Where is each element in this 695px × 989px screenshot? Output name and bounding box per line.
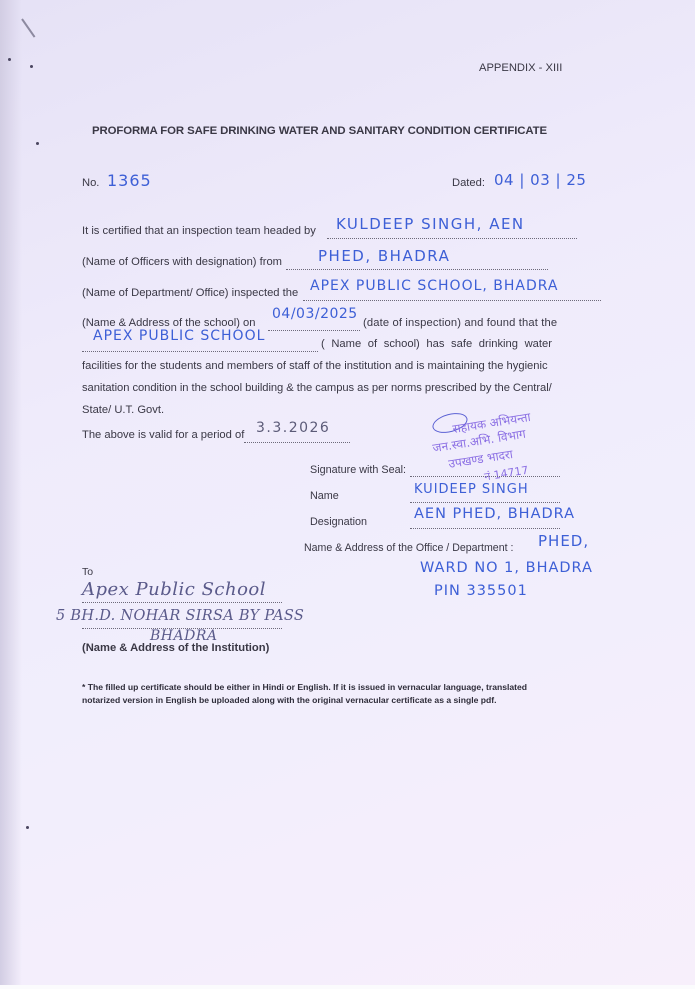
scan-edge-shadow <box>0 0 22 985</box>
certificate-body-line: sanitation condition in the school build… <box>82 382 552 394</box>
inspection-head-value: KULDEEP SINGH, AEN <box>336 215 525 233</box>
number-label: No. <box>82 177 99 189</box>
inspection-date-suffix: (date of inspection) and found that the <box>363 317 557 329</box>
office-address-label: Name & Address of the Office / Departmen… <box>304 542 513 554</box>
certificate-page <box>0 0 695 985</box>
fill-line <box>244 442 350 443</box>
fill-line <box>286 269 548 270</box>
inspection-date-value: 04/03/2025 <box>272 306 358 322</box>
institution-address: 5 BH.D. NOHAR SIRSA BY PASS <box>56 608 304 624</box>
inspection-head-label: It is certified that an inspection team … <box>82 225 316 237</box>
department-label: (Name of Officers with designation) from <box>82 256 282 268</box>
scan-speck <box>30 65 33 68</box>
school-name-label: ( Name of school) has safe drinking wate… <box>321 338 552 350</box>
to-label: To <box>82 566 93 578</box>
school-inspected-label: (Name of Department/ Office) inspected t… <box>82 287 298 299</box>
document-title: PROFORMA FOR SAFE DRINKING WATER AND SAN… <box>92 125 547 137</box>
signature-label: Signature with Seal: <box>310 464 406 476</box>
fill-line <box>82 351 318 352</box>
scan-speck <box>26 826 29 829</box>
school-inspected-value: APEX PUBLIC SCHOOL, BHADRA <box>310 278 559 294</box>
office-address-line-2: WARD NO 1, BHADRA <box>420 560 593 576</box>
number-value: 1365 <box>107 171 152 190</box>
dated-label: Dated: <box>452 177 485 189</box>
fill-line <box>410 476 560 477</box>
fill-line <box>303 300 601 301</box>
designation-value: AEN PHED, BHADRA <box>414 506 575 522</box>
institution-name: Apex Public School <box>82 579 266 600</box>
fill-line <box>410 528 560 529</box>
fill-line <box>268 330 360 331</box>
department-value: PHED, BHADRA <box>318 247 450 265</box>
fill-line <box>327 238 577 239</box>
validity-label: The above is valid for a period of <box>82 429 244 441</box>
scan-bottom-margin <box>0 985 695 989</box>
office-address-line-3: PIN 335501 <box>434 583 528 599</box>
officer-name-value: KUIDEEP SINGH <box>414 482 529 497</box>
fill-line <box>82 602 282 603</box>
officer-name-label: Name <box>310 490 339 502</box>
scan-speck <box>36 142 39 145</box>
dated-value: 04 | 03 | 25 <box>494 171 586 189</box>
appendix-label: APPENDIX - XIII <box>479 62 562 74</box>
institution-caption: (Name & Address of the Institution) <box>82 642 269 654</box>
school-name-value: APEX PUBLIC SCHOOL <box>93 328 265 344</box>
certificate-body-line: State/ U.T. Govt. <box>82 404 164 416</box>
validity-value: 3.3.2026 <box>256 420 330 436</box>
footnote: * The filled up certificate should be ei… <box>82 681 562 706</box>
designation-label: Designation <box>310 516 367 528</box>
scan-speck <box>8 58 11 61</box>
fill-line <box>410 502 560 503</box>
office-address-line-1: PHED, <box>538 532 589 550</box>
certificate-body-line: facilities for the students and members … <box>82 360 548 372</box>
